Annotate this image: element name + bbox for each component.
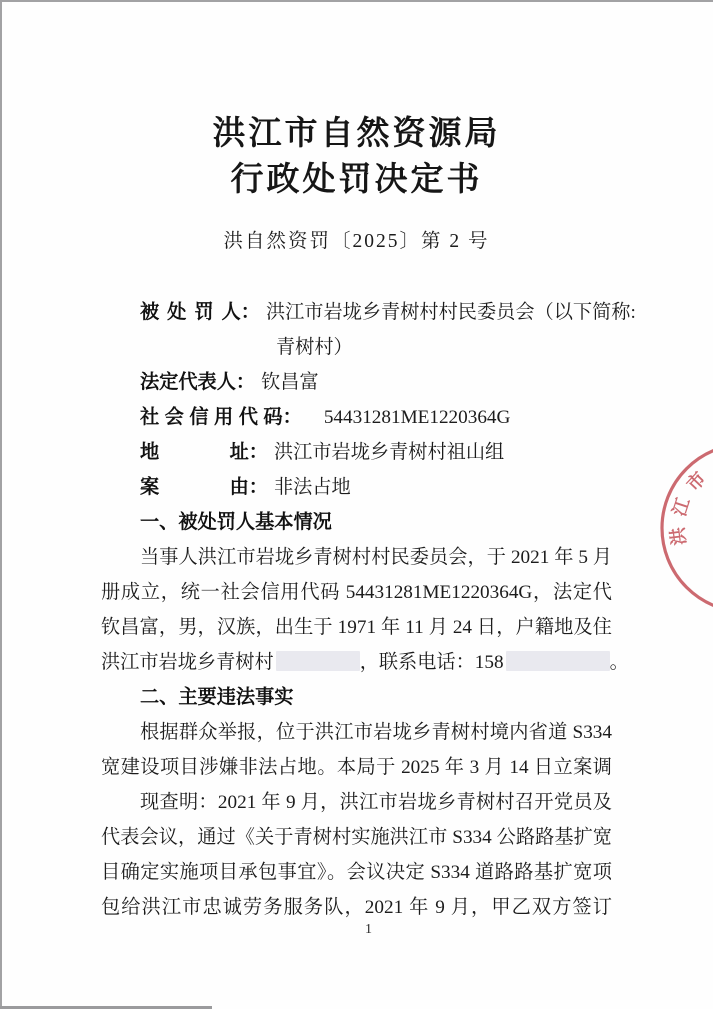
field-penalized-party: 被处罚人：洪江市岩垅乡青树村村民委员会（以下简称: <box>101 295 612 330</box>
document-body: 被处罚人：洪江市岩垅乡青树村村民委员会（以下简称: 青树村） 法定代表人：钦昌富… <box>101 295 612 925</box>
seal-char-jiang: 江 <box>669 494 694 518</box>
field-penalized-party-colon: ： <box>241 302 260 323</box>
section2-paragraph2-line3: 目确定实施项目承包事宜》。会议决定 S334 道路路基扩宽项目发 <box>101 855 612 890</box>
field-case-cause-label-last: 由： <box>230 470 268 505</box>
field-penalized-party-continued: 青树村） <box>101 330 612 365</box>
section1-paragraph1-line1: 当事人洪江市岩垅乡青树村村民委员会，于 2021 年 5 月注 <box>101 540 612 575</box>
field-credit-code: 社会信用代码：54431281ME1220364G <box>101 400 612 435</box>
field-legal-representative-label: 法定代表人： <box>140 372 255 393</box>
section1-heading: 一、被处罚人基本情况 <box>101 505 612 540</box>
scanned-document-page: 洪江市自然资源局 行政处罚决定书 洪自然资罚〔2025〕第 2 号 被处罚人：洪… <box>0 0 713 1009</box>
field-address-value: 洪江市岩垅乡青树村祖山组 <box>274 442 504 463</box>
section2-paragraph2-line1: 现查明：2021 年 9 月，洪江市岩垅乡青树村召开党员及村民 <box>101 785 612 820</box>
field-penalized-party-label: 被处罚人 <box>140 302 249 323</box>
field-penalized-party-value-line2: 青树村） <box>276 337 353 358</box>
section2-heading: 二、主要违法事实 <box>101 680 612 715</box>
redacted-line-mid: ，联系电话：158 <box>360 652 504 673</box>
field-case-cause-value: 非法占地 <box>274 477 351 498</box>
field-address-label-last: 址： <box>230 435 268 470</box>
official-seal: 市 江 洪 <box>626 408 713 648</box>
page-number: 1 <box>0 922 713 938</box>
field-credit-code-colon: ： <box>283 407 302 428</box>
redaction-box-address <box>276 651 360 671</box>
redacted-line-before: 洪江市岩垅乡青树村 <box>101 652 274 673</box>
section2-paragraph1-line1: 根据群众举报，位于洪江市岩垅乡青树村境内省道 S334 扩 <box>101 715 612 750</box>
seal-char-shi: 市 <box>682 468 710 495</box>
field-address-label-first: 地 <box>140 435 159 470</box>
section1-paragraph1-line3: 钦昌富，男，汉族，出生于 1971 年 11 月 24 日，户籍地及住址： <box>101 610 612 645</box>
redacted-line-end: 。 <box>610 652 629 673</box>
field-credit-code-label: 社会信用代码 <box>140 407 288 428</box>
document-number: 洪自然资罚〔2025〕第 2 号 <box>0 225 713 253</box>
scan-edge-top <box>0 0 713 2</box>
field-credit-code-value: 54431281ME1220364G <box>324 407 511 428</box>
field-legal-representative: 法定代表人：钦昌富 <box>101 365 612 400</box>
field-address: 地址：洪江市岩垅乡青树村祖山组 <box>101 435 612 470</box>
field-case-cause-label-first: 案 <box>140 470 159 505</box>
redaction-box-phone <box>506 651 610 671</box>
document-title-line1: 洪江市自然资源局 <box>0 110 713 156</box>
field-penalized-party-value: 洪江市岩垅乡青树村村民委员会（以下简称: <box>266 302 636 323</box>
document-title: 洪江市自然资源局 行政处罚决定书 <box>0 110 713 202</box>
section2-paragraph1-line2: 宽建设项目涉嫌非法占地。本局于 2025 年 3 月 14 日立案调查。 <box>101 750 612 785</box>
field-legal-representative-value: 钦昌富 <box>261 372 319 393</box>
section2-paragraph2-line2: 代表会议，通过《关于青树村实施洪江市 S334 公路路基扩宽项 <box>101 820 612 855</box>
seal-char-hong: 洪 <box>666 526 689 546</box>
section1-paragraph1-redacted-line: 洪江市岩垅乡青树村，联系电话：158。 <box>101 645 612 680</box>
official-seal-ring <box>662 444 713 612</box>
section1-paragraph1-line2: 册成立，统一社会信用代码 54431281ME1220364G，法定代表人 <box>101 575 612 610</box>
document-title-line2: 行政处罚决定书 <box>0 156 713 202</box>
section2-paragraph2-line4: 包给洪江市忠诚劳务服务队，2021 年 9 月，甲乙双方签订《岩垅 <box>101 890 612 925</box>
field-case-cause: 案由：非法占地 <box>101 470 612 505</box>
